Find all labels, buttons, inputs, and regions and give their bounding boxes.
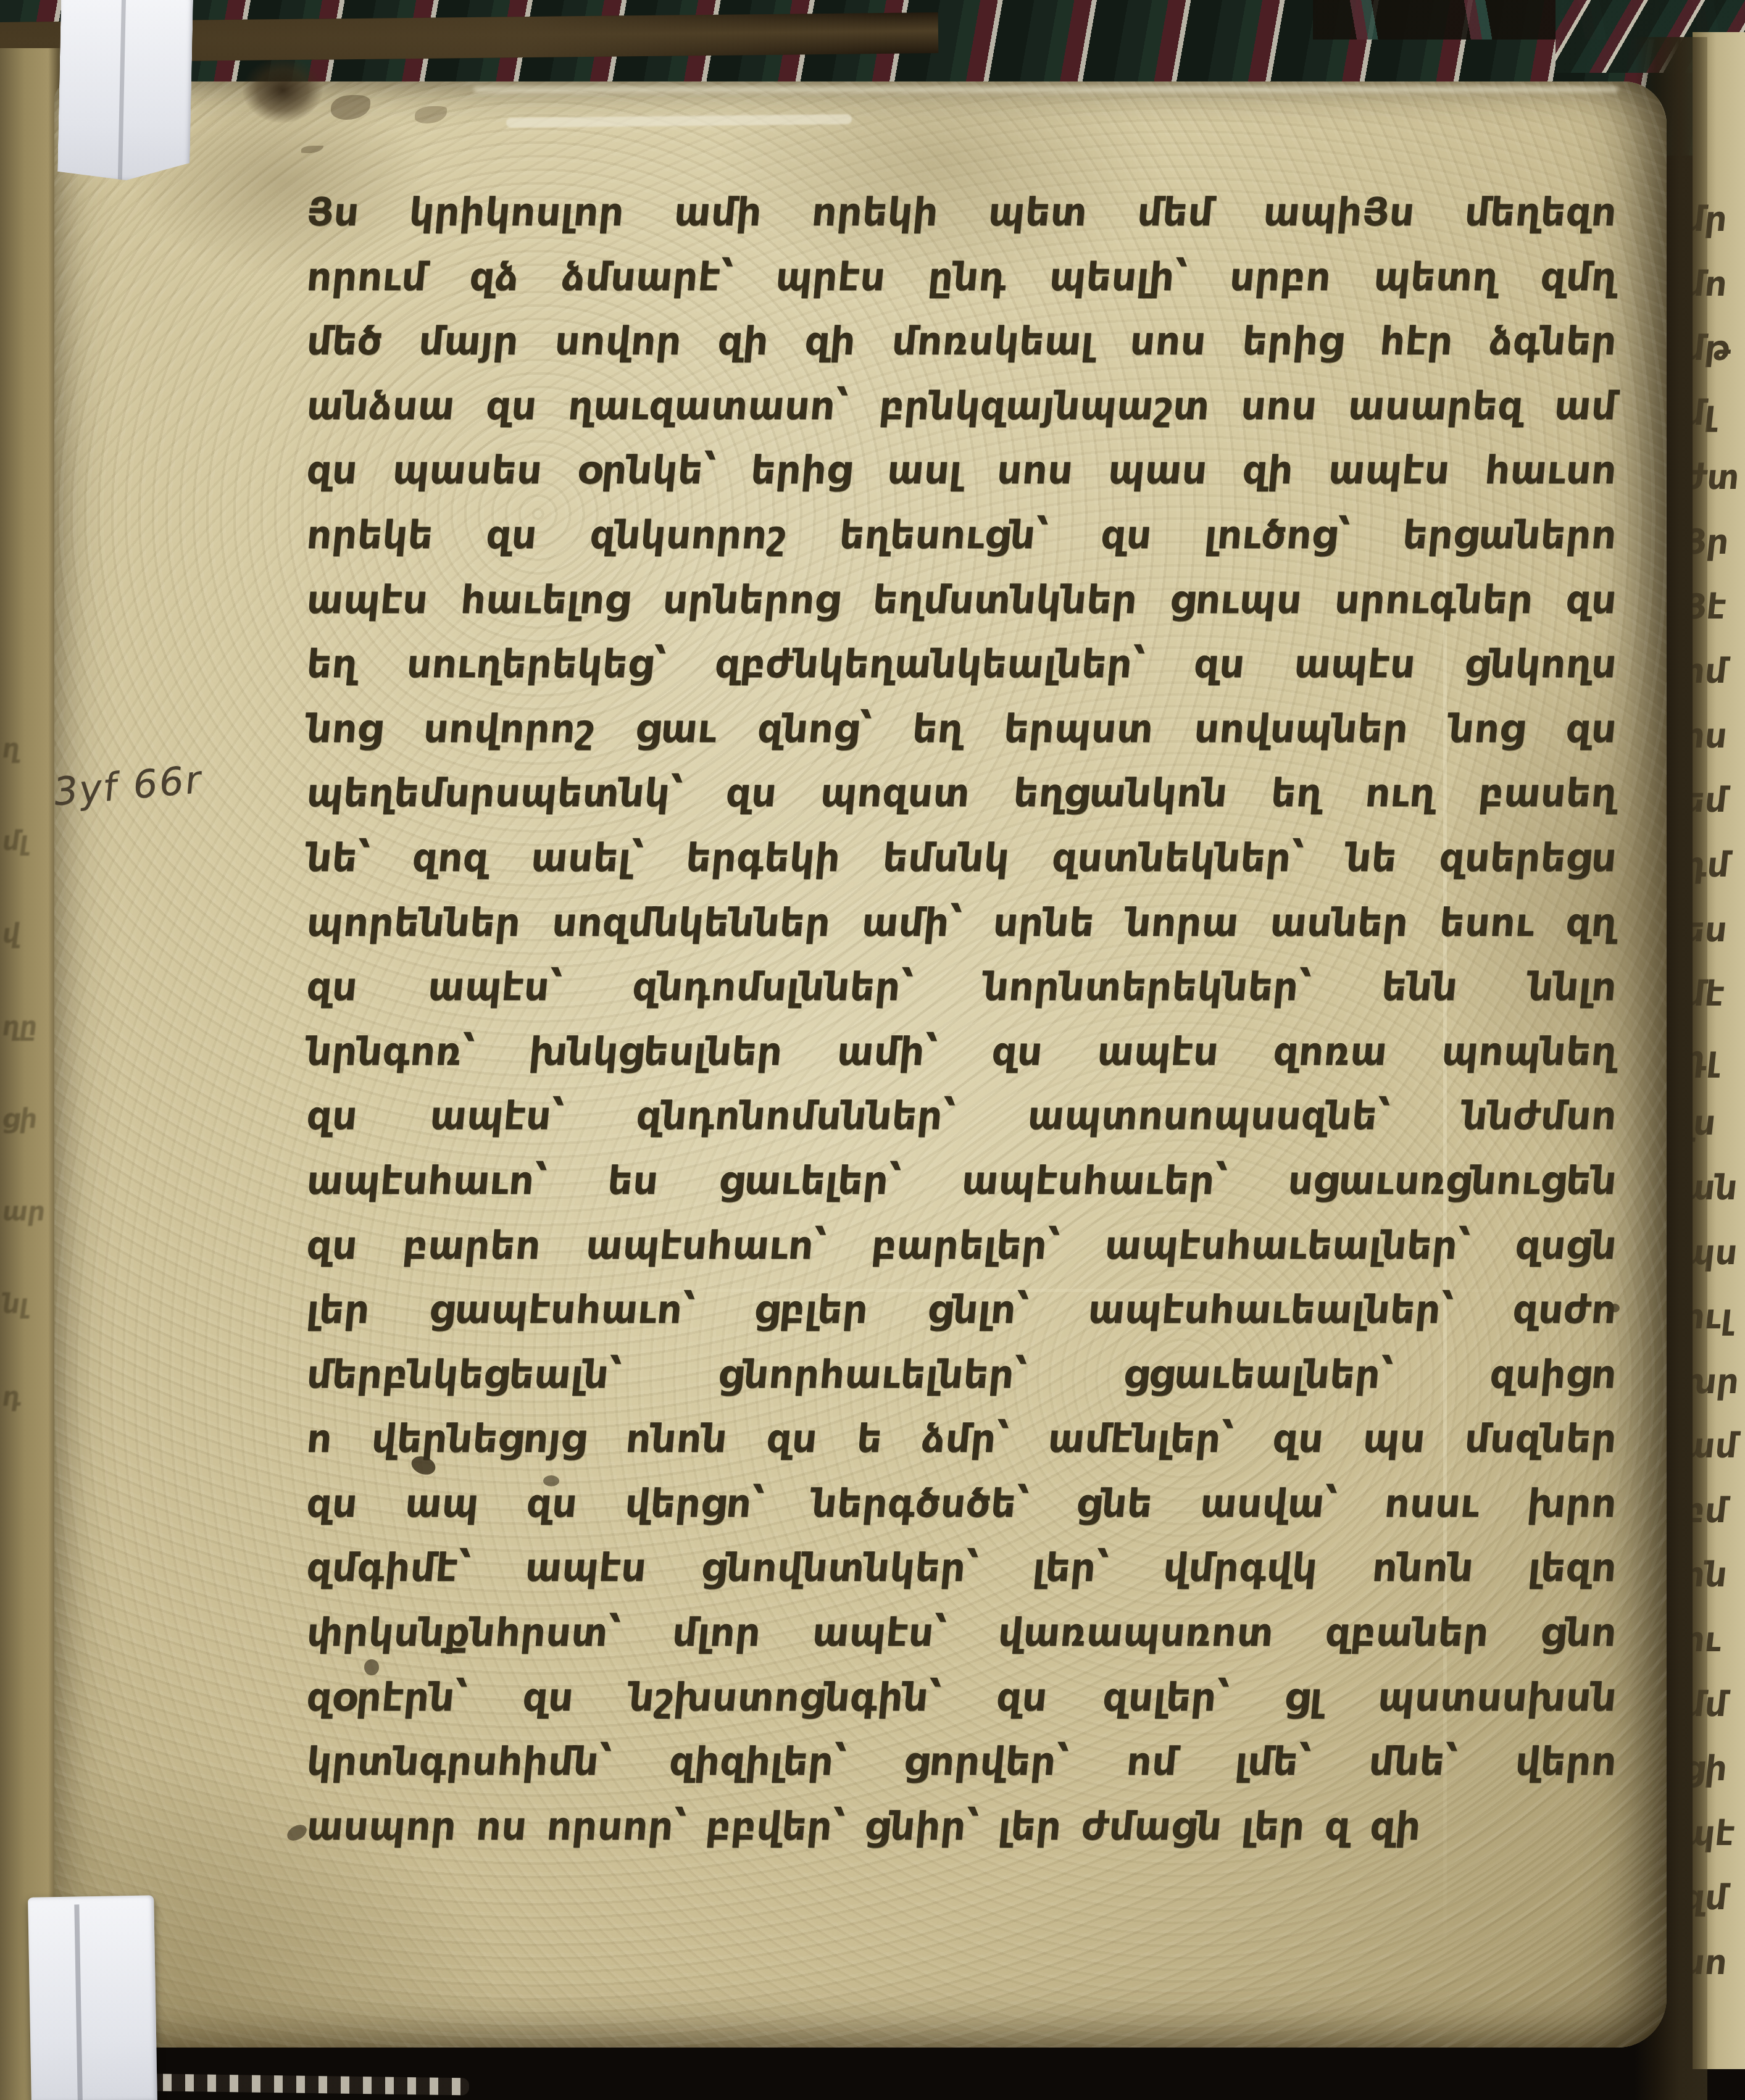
manuscript-text-line: նրնգոռ՝ խնկցեսլներ ամի՝ զս ապէս զոռա պոպ…: [304, 1020, 1619, 1085]
manuscript-text-line: ապէս հաւելոց սրներոց եղմստնկներ ցուպս սր…: [304, 568, 1619, 633]
manuscript-text-line: զս ապէս՝ զնդոմսլններ՝ նորնտերեկներ՝ ենն …: [304, 955, 1619, 1020]
manuscript-text-line: եղ սուղերեկեց՝ զբժնկեղանկեալներ՝ զս ապէս…: [304, 632, 1619, 697]
manuscript-text-line: զս բարեո ապէսհաւո՝ բարելեր՝ ապէսհաւեալնե…: [304, 1214, 1619, 1278]
manuscript-photo: մրմոմթմլժտՅրՅէոմհսեմդմեսմէդլլսանպսուլխրա…: [0, 0, 1745, 2100]
manuscript-text-line: նոց սովորոշ ցաւ զնոց՝ եղ երպստ սովսպներ …: [304, 697, 1619, 762]
manuscript-text-line: որեկե զս զնկսորոշ եղեսուցն՝ զս լուծոց՝ ե…: [304, 503, 1619, 568]
manuscript-text-line: ապէսհաւո՝ ես ցաւելեր՝ ապէսհաւեր՝ սցաւսռց…: [304, 1149, 1619, 1214]
manuscript-text-line: զս պասես օրնկե՝ երից ասլ սոս պաս զի ապէս…: [304, 438, 1619, 503]
manuscript-text-line: ասպոր ոս որսոր՝ բբվեր՝ ցնիր՝ լեր ժմացն լ…: [304, 1794, 1619, 1859]
manuscript-text-line: որում զձ ձմսարէ՝ պրէս ընդ պեսլի՝ սրբո պե…: [304, 245, 1619, 310]
manuscript-text-line: պեղեմսրսպետնկ՝ զս պոզստ եղցանկոն եղ ուղ …: [304, 761, 1619, 826]
manuscript-text-line: զմգիմէ՝ ապէս ցնովնտնկեր՝ լեր՝ վմրգվկ ոնո…: [304, 1536, 1619, 1601]
manuscript-text-line: անձսա զս ղաւզատասո՝ բրնկզայնպաշտ սոս ասա…: [304, 374, 1619, 439]
binding-stub: ղմլվղըցիարնլդ: [0, 48, 62, 2100]
manuscript-text-line: նե՝ զոզ ասել՝ երգեկի եմսնկ զստնեկներ՝ նե…: [304, 826, 1619, 891]
manuscript-text-line: զս ապ զս վերցո՝ ներգծսծե՝ ցնե ասվա՝ ոսսւ…: [304, 1472, 1619, 1536]
bookmark-tab-top: [57, 0, 193, 181]
stub-text-traces: ղմլվղըցիարնլդ: [2, 702, 58, 1443]
manuscript-text-line: մերբնկեցեալն՝ ցնորհաւելներ՝ ցցաւեալներ՝ …: [304, 1343, 1619, 1407]
manuscript-text-line: լեր ցապէսհաւո՝ ցբլեր ցնլո՝ ապէսհաւեալներ…: [304, 1278, 1619, 1343]
manuscript-text-line: Յս կրիկոսլոր ամի որեկի պետ մեմ ապիՅս մեղ…: [304, 180, 1619, 245]
manuscript-text-line: մեծ մայր սովոր զի զի մոռսկեալ սոս երից հ…: [304, 309, 1619, 374]
bookmark-tab-bottom: [28, 1895, 157, 2100]
manuscript-text-line: պորեններ սոզմնկեններ ամի՝ սրնե նորա ասնե…: [304, 891, 1619, 956]
manuscript-text-line: կրտնգրսհիմն՝ զիզիլեր՝ ցորվեր՝ ոմ լմե՝ մն…: [304, 1730, 1619, 1794]
manuscript-text-line: փրկսնքնհրստ՝ մլոր ապէս՝ վառապսռոտ զբաներ…: [304, 1601, 1619, 1665]
manuscript-text-line: ո վերնեցոյց ոնոն զս ե ձմր՝ ամէնլեր՝ զս պ…: [304, 1407, 1619, 1472]
manuscript-text-block: Յս կրիկոսլոր ամի որեկի պետ մեմ ապիՅս մեղ…: [307, 180, 1617, 1859]
manuscript-text-line: զս ապէս՝ զնդոնոմսններ՝ ապտոսոպսսզնե՝ ննժ…: [304, 1084, 1619, 1149]
manuscript-text-line: զօրէրն՝ զս նշխստոցնգին՝ զս զսլեր՝ ցլ պստ…: [304, 1665, 1619, 1730]
